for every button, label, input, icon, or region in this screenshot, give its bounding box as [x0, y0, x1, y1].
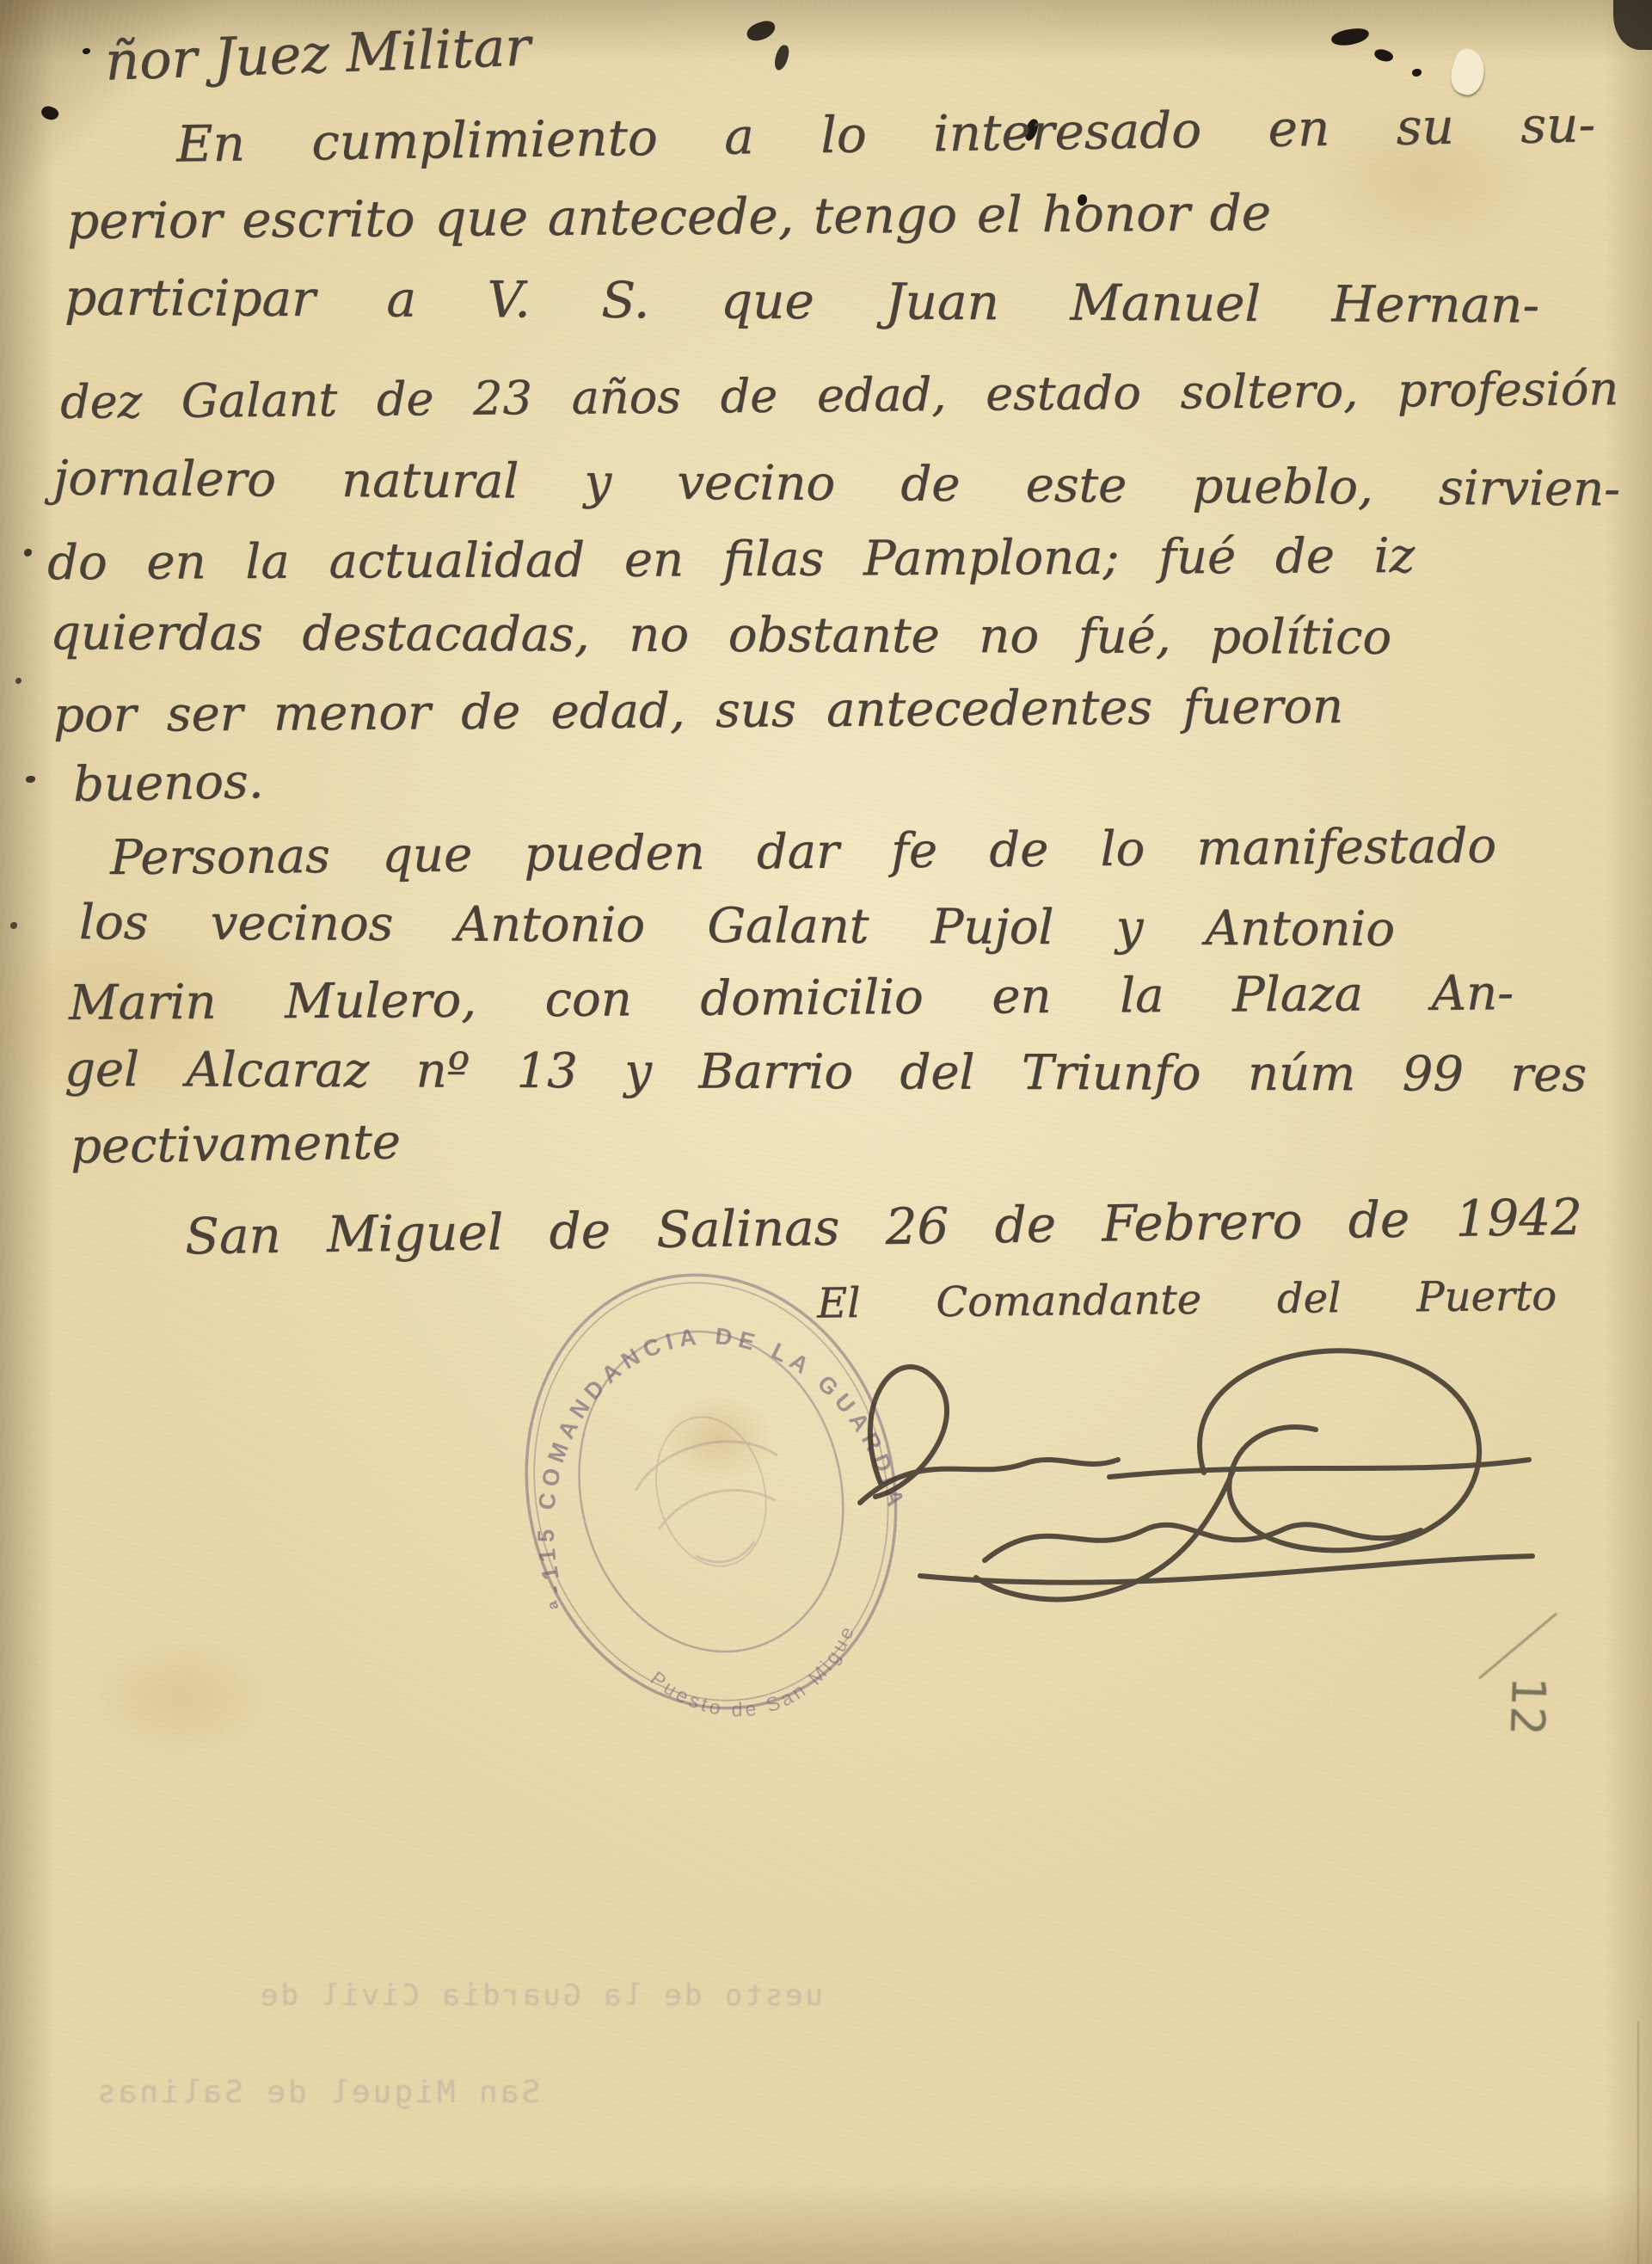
body-line: Marin Mulero, con domicilio en la Plaza … — [69, 969, 1514, 1030]
paper-speck — [1373, 47, 1394, 65]
stamp-eagle-emblem — [622, 1400, 801, 1583]
bleedthrough-text-line: San Miguel de Salinas — [95, 2075, 540, 2110]
bleedthrough-text-line: uesto de la Guardia Civil de — [258, 1978, 823, 2013]
paper-speck — [1613, 0, 1652, 50]
signature-stroke — [920, 1556, 1532, 1583]
paper-speck — [10, 922, 17, 929]
paper-speck — [15, 678, 21, 684]
paper-speck — [1412, 69, 1422, 77]
signature — [800, 1301, 1557, 1610]
body-line: buenos. — [73, 757, 264, 811]
signature-stroke — [1109, 1460, 1529, 1477]
signature-stroke — [860, 1460, 1118, 1503]
dateline: San Miguel de Salinas 26 de Febrero de 1… — [185, 1191, 1583, 1264]
body-line: Personas que pueden dar fe de lo manifes… — [110, 821, 1496, 884]
signature-stroke — [1200, 1350, 1479, 1550]
body-line: do en la actualidad en filas Pamplona; f… — [47, 532, 1415, 589]
body-line: gel Alcaraz nº 13 y Barrio del Triunfo n… — [64, 1045, 1587, 1101]
paper-speck — [24, 549, 32, 557]
salutation-line: ñor Juez Militar — [104, 18, 531, 89]
pencil-stroke — [1478, 1612, 1557, 1679]
paper-edge-line — [1637, 2021, 1639, 2264]
body-line: dez Galant de 23 años de edad, estado so… — [60, 365, 1618, 427]
paper-tear-chip — [1446, 46, 1490, 98]
body-line: los vecinos Antonio Galant Pujol y Anton… — [79, 898, 1395, 956]
paper-speck — [1330, 27, 1370, 47]
pencil-page-number: 12 — [1500, 1676, 1556, 1737]
paper-speck — [40, 103, 60, 122]
body-line: por ser menor de edad, sus antecedentes … — [53, 682, 1343, 741]
body-line: perior escrito que antecede, tengo el ho… — [67, 187, 1271, 248]
body-line: participar a V. S. que Juan Manuel Herna… — [64, 272, 1539, 332]
paper-speck — [83, 48, 90, 54]
signature-stroke — [870, 1367, 947, 1497]
body-line: jornalero natural y vecino de este puebl… — [53, 454, 1620, 516]
scanned-letter-page: uesto de la Guardia Civil de San Miguel … — [0, 0, 1652, 2264]
paper-speck — [26, 776, 35, 783]
body-line: En cumplimiento a lo interesado en su su… — [176, 98, 1596, 170]
paper-speck — [773, 44, 791, 71]
paper-speck — [745, 18, 778, 44]
body-line: pectivamente — [71, 1117, 402, 1172]
body-line: quierdas destacadas, no obstante no fué,… — [50, 608, 1391, 663]
